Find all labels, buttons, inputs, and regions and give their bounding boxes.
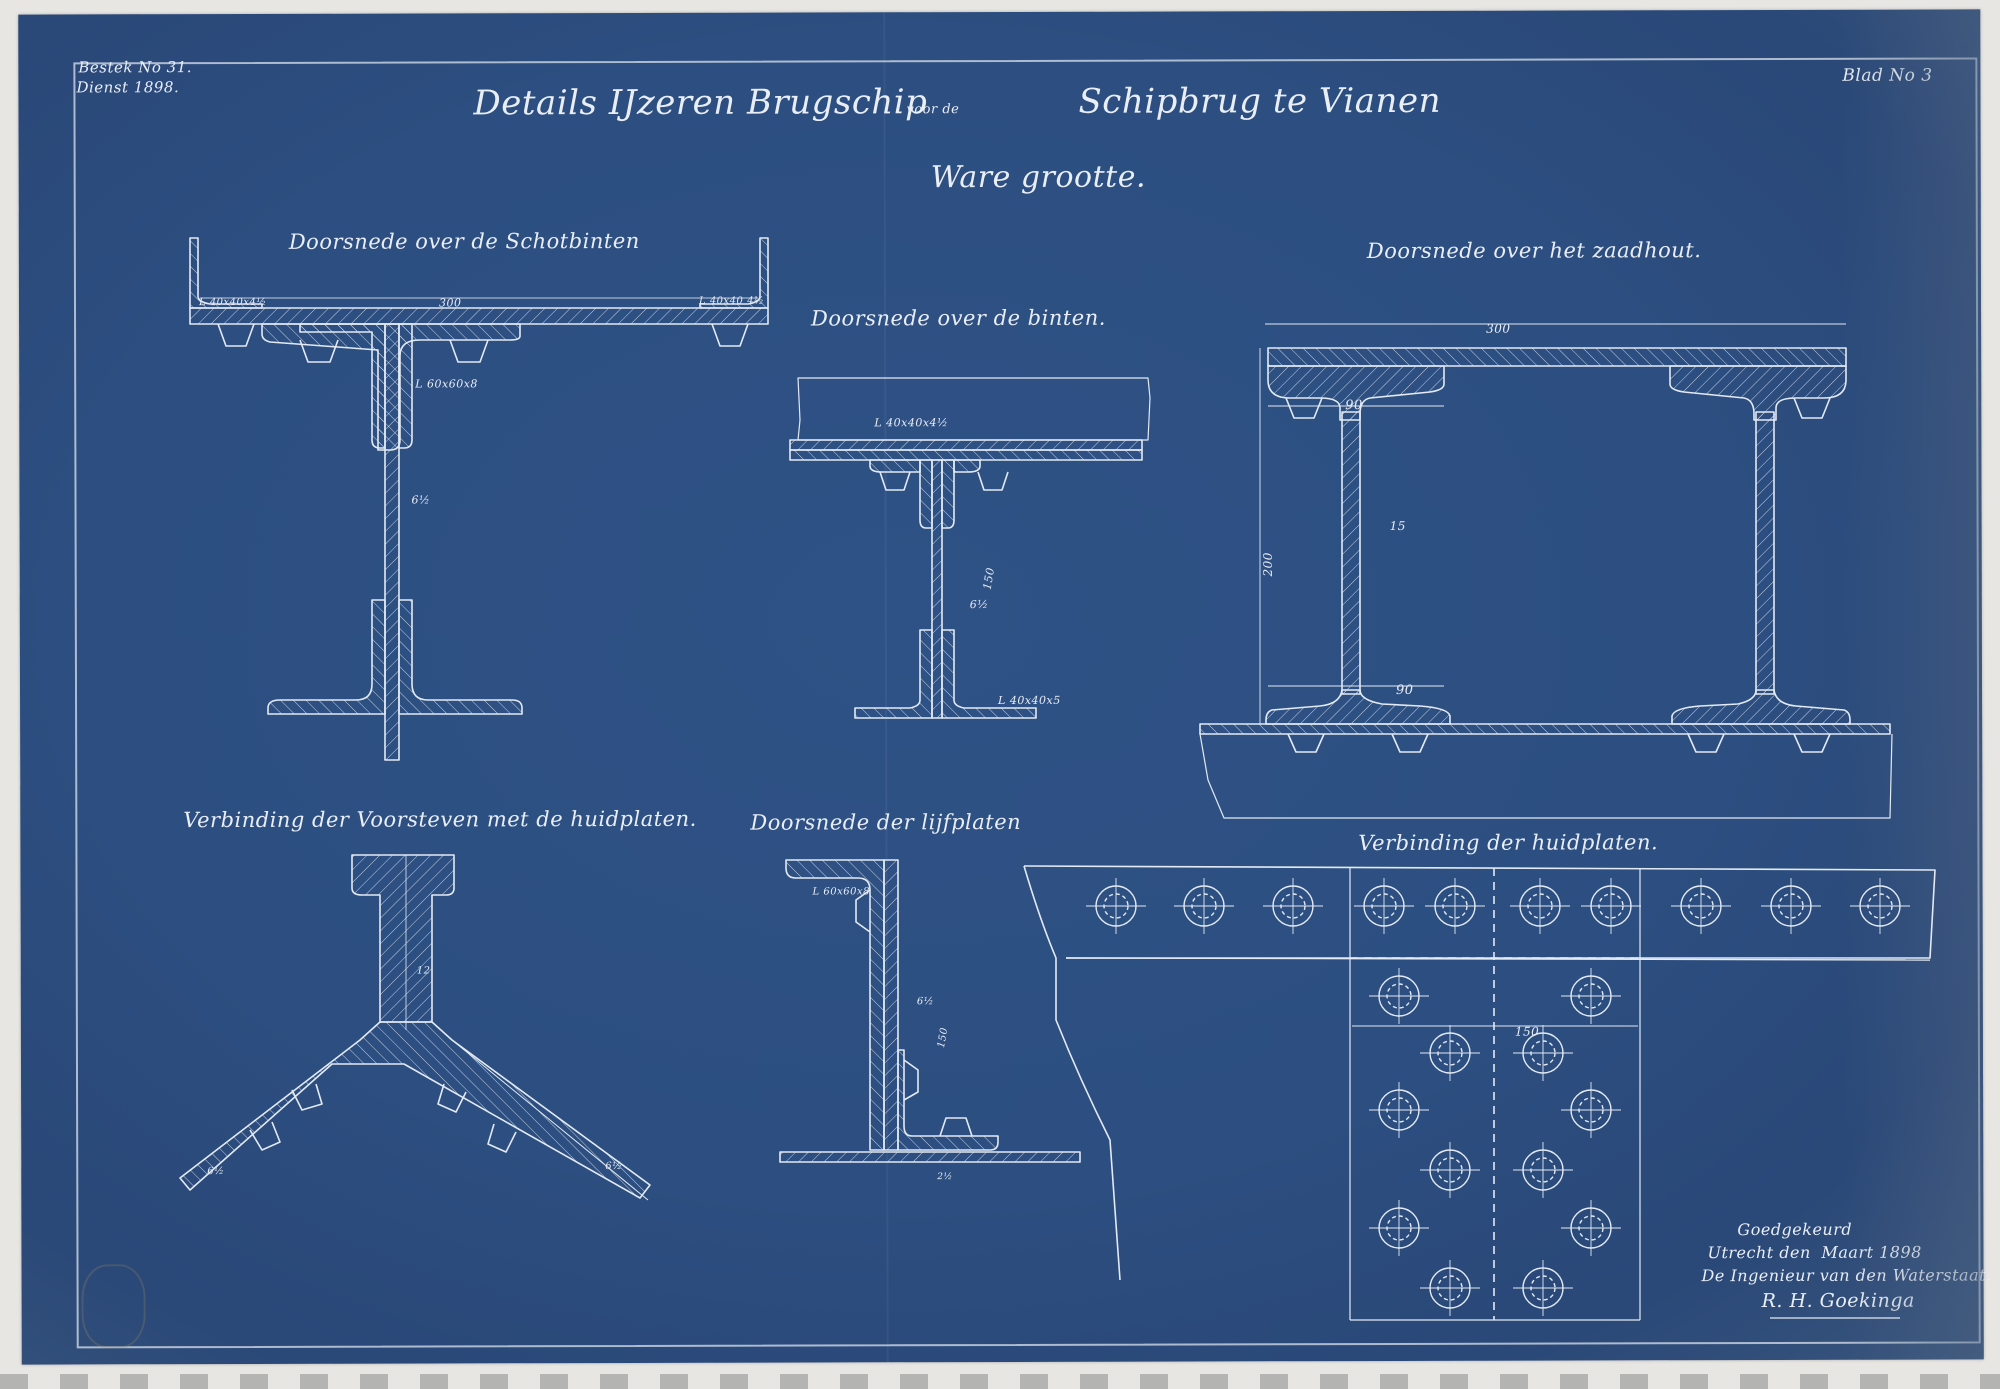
rivet	[1086, 878, 1146, 934]
rivet	[1354, 878, 1414, 934]
rivet	[1671, 878, 1731, 934]
rivet	[1425, 878, 1485, 934]
rivet	[1761, 878, 1821, 934]
rivet	[1369, 968, 1429, 1024]
rivet	[1561, 1082, 1621, 1138]
section-voorsteven	[180, 855, 650, 1200]
section-schotbinten	[190, 238, 768, 760]
section-binten	[790, 378, 1150, 718]
rivet-pattern	[1086, 878, 1910, 1316]
rivet	[1513, 1025, 1573, 1081]
rivet	[1561, 1200, 1621, 1256]
rivet	[1369, 1200, 1429, 1256]
rivet	[1513, 1260, 1573, 1316]
rivet	[1263, 878, 1323, 934]
rivet	[1561, 968, 1621, 1024]
rivet	[1581, 878, 1641, 934]
rivet	[1420, 1142, 1480, 1198]
section-zaadhout	[1200, 324, 1892, 818]
scan-edge-strip	[0, 1374, 2000, 1389]
section-lijfplaten	[780, 860, 1080, 1162]
rivet	[1850, 878, 1910, 934]
technical-drawings	[0, 0, 2000, 1389]
rivet	[1420, 1025, 1480, 1081]
rivet	[1510, 878, 1570, 934]
rivet	[1174, 878, 1234, 934]
rivet	[1420, 1260, 1480, 1316]
rivet	[1513, 1142, 1573, 1198]
section-huidplaten	[1024, 866, 1935, 1320]
rivet	[1369, 1082, 1429, 1138]
